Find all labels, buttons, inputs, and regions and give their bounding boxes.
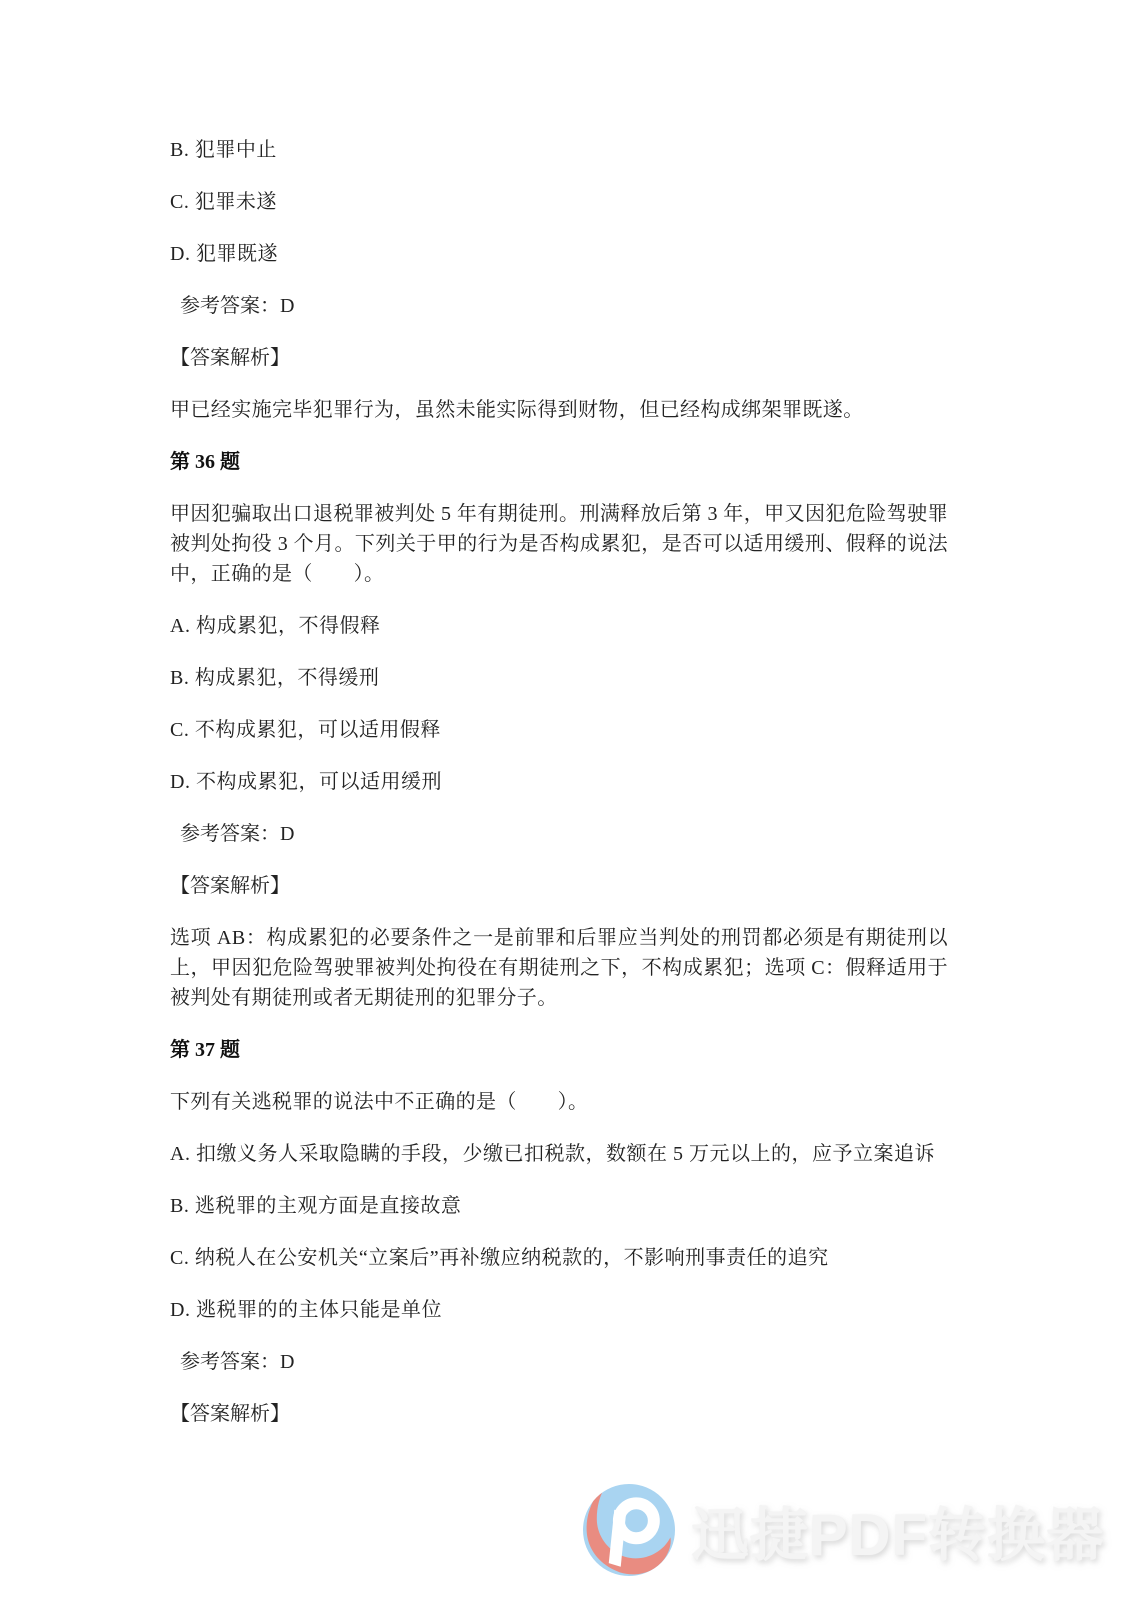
document-page: B. 犯罪中止 C. 犯罪未遂 D. 犯罪既遂 参考答案：D 【答案解析】 甲已… — [0, 0, 1131, 1600]
question-36-option-d: D. 不构成累犯，可以适用缓刑 — [170, 767, 948, 797]
question-36-analysis-header: 【答案解析】 — [170, 871, 948, 901]
question-36-option-b: B. 构成累犯，不得缓刑 — [170, 663, 948, 693]
prev-analysis-text: 甲已经实施完毕犯罪行为，虽然未能实际得到财物，但已经构成绑架罪既遂。 — [170, 395, 948, 425]
question-37-option-c: C. 纳税人在公安机关“立案后”再补缴应纳税款的，不影响刑事责任的追究 — [170, 1243, 948, 1273]
question-37-title: 第 37 题 — [170, 1035, 948, 1065]
question-37-text: 下列有关逃税罪的说法中不正确的是（ ）。 — [170, 1087, 948, 1117]
prev-option-c: C. 犯罪未遂 — [170, 187, 948, 217]
document-content: B. 犯罪中止 C. 犯罪未遂 D. 犯罪既遂 参考答案：D 【答案解析】 甲已… — [170, 135, 948, 1451]
question-36-text: 甲因犯骗取出口退税罪被判处 5 年有期徒刑。刑满释放后第 3 年，甲又因犯危险驾… — [170, 499, 948, 589]
watermark-text: 迅捷PDF转换器 — [691, 1488, 1105, 1572]
question-37-option-d: D. 逃税罪的的主体只能是单位 — [170, 1295, 948, 1325]
question-36-analysis-text: 选项 AB：构成累犯的必要条件之一是前罪和后罪应当判处的刑罚都必须是有期徒刑以上… — [170, 923, 948, 1013]
question-37-option-b: B. 逃税罪的主观方面是直接故意 — [170, 1191, 948, 1221]
question-37-reference-answer: 参考答案：D — [170, 1347, 948, 1377]
prev-reference-answer: 参考答案：D — [170, 291, 948, 321]
prev-option-d: D. 犯罪既遂 — [170, 239, 948, 269]
question-37-option-a: A. 扣缴义务人采取隐瞒的手段，少缴已扣税款，数额在 5 万元以上的，应予立案追… — [170, 1139, 948, 1169]
question-36-reference-answer: 参考答案：D — [170, 819, 948, 849]
prev-option-b: B. 犯罪中止 — [170, 135, 948, 165]
pdf-converter-logo-icon — [583, 1484, 675, 1576]
question-36-option-c: C. 不构成累犯，可以适用假释 — [170, 715, 948, 745]
question-36-option-a: A. 构成累犯，不得假释 — [170, 611, 948, 641]
pdf-converter-watermark: 迅捷PDF转换器 — [583, 1484, 1105, 1576]
question-36-title: 第 36 题 — [170, 447, 948, 477]
prev-analysis-header: 【答案解析】 — [170, 343, 948, 373]
question-37-analysis-header: 【答案解析】 — [170, 1399, 948, 1429]
